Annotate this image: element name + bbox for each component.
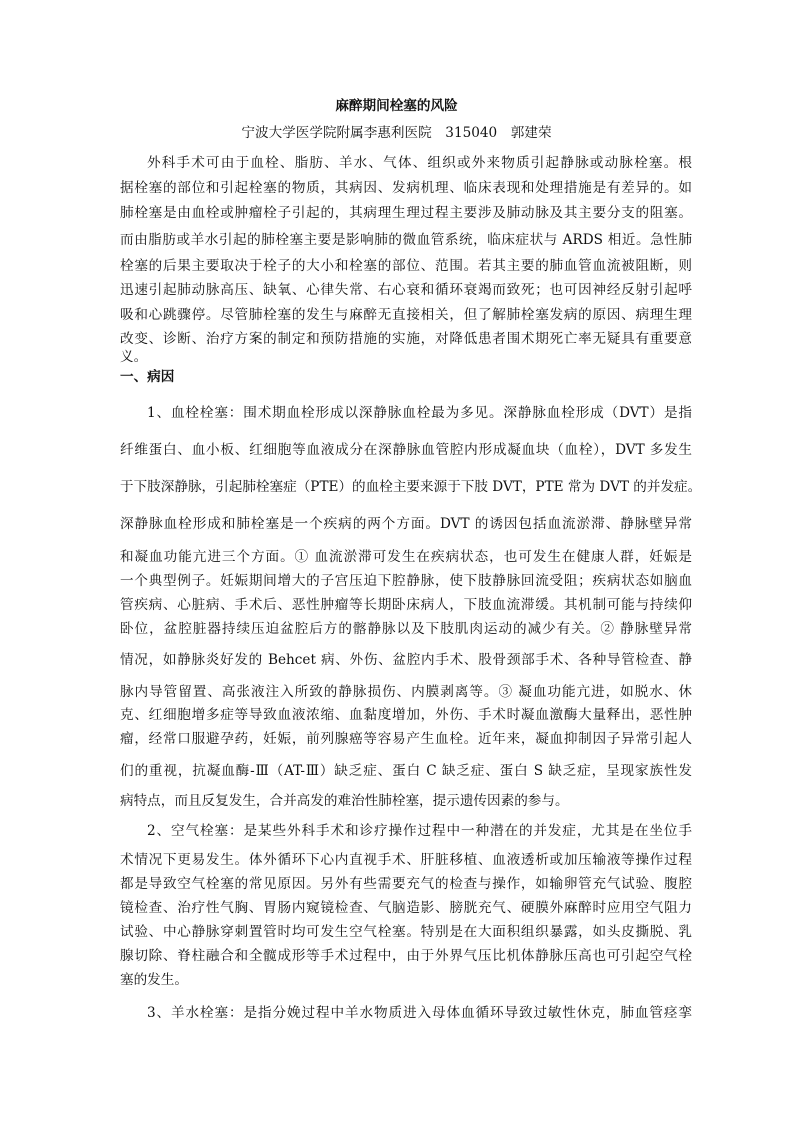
text-line: 肺栓塞是由血栓或肿瘤栓子引起的，其病理生理过程主要涉及肺动脉及其主要分支的阻塞。 xyxy=(120,204,692,222)
section-heading-etiology: 一、病因 xyxy=(120,368,174,386)
text-line: 卧位，盆腔脏器持续压迫盆腔后方的髂静脉以及下肢肌肉运动的减少有关。② 静脉壁异常 xyxy=(120,620,692,638)
text-line: 和凝血功能亢进三个方面。① 血流淤滞可发生在疾病状态，也可发生在健康人群，妊娠是 xyxy=(120,548,692,566)
text-line: 于下肢深静脉，引起肺栓塞症（PTE）的血栓主要来源于下肢 DVT，PTE 常为 … xyxy=(120,478,692,496)
text-line: 义。 xyxy=(120,348,692,366)
text-line: 试验、中心静脉穿刺置管时均可发生空气栓塞。特别是在大面积组织暴露，如头皮撕脱、乳 xyxy=(120,923,692,941)
text-line: 克、红细胞增多症等导致血液浓缩、血黏度增加，外伤、手术时凝血激酶大量释出，恶性肿 xyxy=(120,706,692,724)
text-line: 1、血栓栓塞：围术期血栓形成以深静脉血栓最为多见。深静脉血栓形成（DVT）是指 xyxy=(147,404,692,422)
text-line: 管疾病、心脏病、手术后、恶性肿瘤等长期卧床病人，下肢血流滞缓。其机制可能与持续仰 xyxy=(120,596,692,614)
text-line: 外科手术可由于血栓、脂肪、羊水、气体、组织或外来物质引起静脉或动脉栓塞。根 xyxy=(147,154,692,172)
text-line: 改变、诊断、治疗方案的制定和预防措施的实施，对降低患者围术期死亡率无疑具有重要意 xyxy=(120,330,692,348)
text-line: 塞的发生。 xyxy=(120,971,692,989)
text-line: 术情况下更易发生。体外循环下心内直视手术、肝脏移植、血液透析或加压输液等操作过程 xyxy=(120,851,692,869)
text-line: 迅速引起肺动脉高压、缺氧、心律失常、右心衰和循环衰竭而致死；也可因神经反射引起呼 xyxy=(120,281,692,299)
text-line: 吸和心跳骤停。尽管肺栓塞的发生与麻醉无直接相关，但了解肺栓塞发病的原因、病理生理 xyxy=(120,306,692,324)
text-line: 瘤，经常口服避孕药，妊娠，前列腺癌等容易产生血栓。近年来，凝血抑制因子异常引起人 xyxy=(120,730,692,748)
text-line: 病特点，而且反复发生，合并高发的难治性肺栓塞，提示遗传因素的参与。 xyxy=(120,792,692,810)
text-line: 深静脉血栓形成和肺栓塞是一个疾病的两个方面。DVT 的诱因包括血流淤滞、静脉壁异… xyxy=(120,515,692,533)
text-line: 都是导致空气栓塞的常见原因。另外有些需要充气的检查与操作，如输卵管充气试验、腹腔 xyxy=(120,875,692,893)
text-line: 腺切除、脊柱融合和全髋成形等手术过程中，由于外界气压比机体静脉压高也可引起空气栓 xyxy=(120,947,692,965)
document-title: 麻醉期间栓塞的风险 xyxy=(0,97,793,115)
text-line: 脉内导管留置、高张液注入所致的静脉损伤、内膜剥离等。③ 凝血功能亢进，如脱水、休 xyxy=(120,683,692,701)
text-line: 据栓塞的部位和引起栓塞的物质，其病因、发病机理、临床表现和处理措施是有差异的。如 xyxy=(120,179,692,197)
text-line: 纤维蛋白、血小板、红细胞等血液成分在深静脉血管腔内形成凝血块（血栓），DVT 多… xyxy=(120,441,692,459)
author-affiliation: 宁波大学医学院附属李惠利医院 315040 郭建荣 xyxy=(0,124,793,142)
text-line: 一个典型例子。妊娠期间增大的子宫压迫下腔静脉，使下肢静脉回流受阻；疾病状态如脑血 xyxy=(120,572,692,590)
text-line: 们的重视，抗凝血酶-Ⅲ（AT-Ⅲ）缺乏症、蛋白 C 缺乏症、蛋白 S 缺乏症，呈… xyxy=(120,762,692,780)
text-line: 栓塞的后果主要取决于栓子的大小和栓塞的部位、范围。若其主要的肺血管血流被阻断，则 xyxy=(120,257,692,275)
text-line: 而由脂肪或羊水引起的肺栓塞主要是影响肺的微血管系统，临床症状与 ARDS 相近。… xyxy=(120,231,692,249)
text-line: 镜检查、治疗性气胸、胃肠内窥镜检查、气脑造影、膀胱充气、硬膜外麻醉时应用空气阻力 xyxy=(120,899,692,917)
text-line: 2、空气栓塞：是某些外科手术和诊疗操作过程中一种潜在的并发症，尤其是在坐位手 xyxy=(147,822,692,840)
document-page: 麻醉期间栓塞的风险 宁波大学医学院附属李惠利医院 315040 郭建荣 一、病因… xyxy=(0,0,793,1122)
text-line: 3、羊水栓塞：是指分娩过程中羊水物质进入母体血循环导致过敏性休克，肺血管痉挛 xyxy=(147,1004,692,1022)
text-line: 情况，如静脉炎好发的 Behcet 病、外伤、盆腔内手术、股骨颈部手术、各种导管… xyxy=(120,651,692,669)
